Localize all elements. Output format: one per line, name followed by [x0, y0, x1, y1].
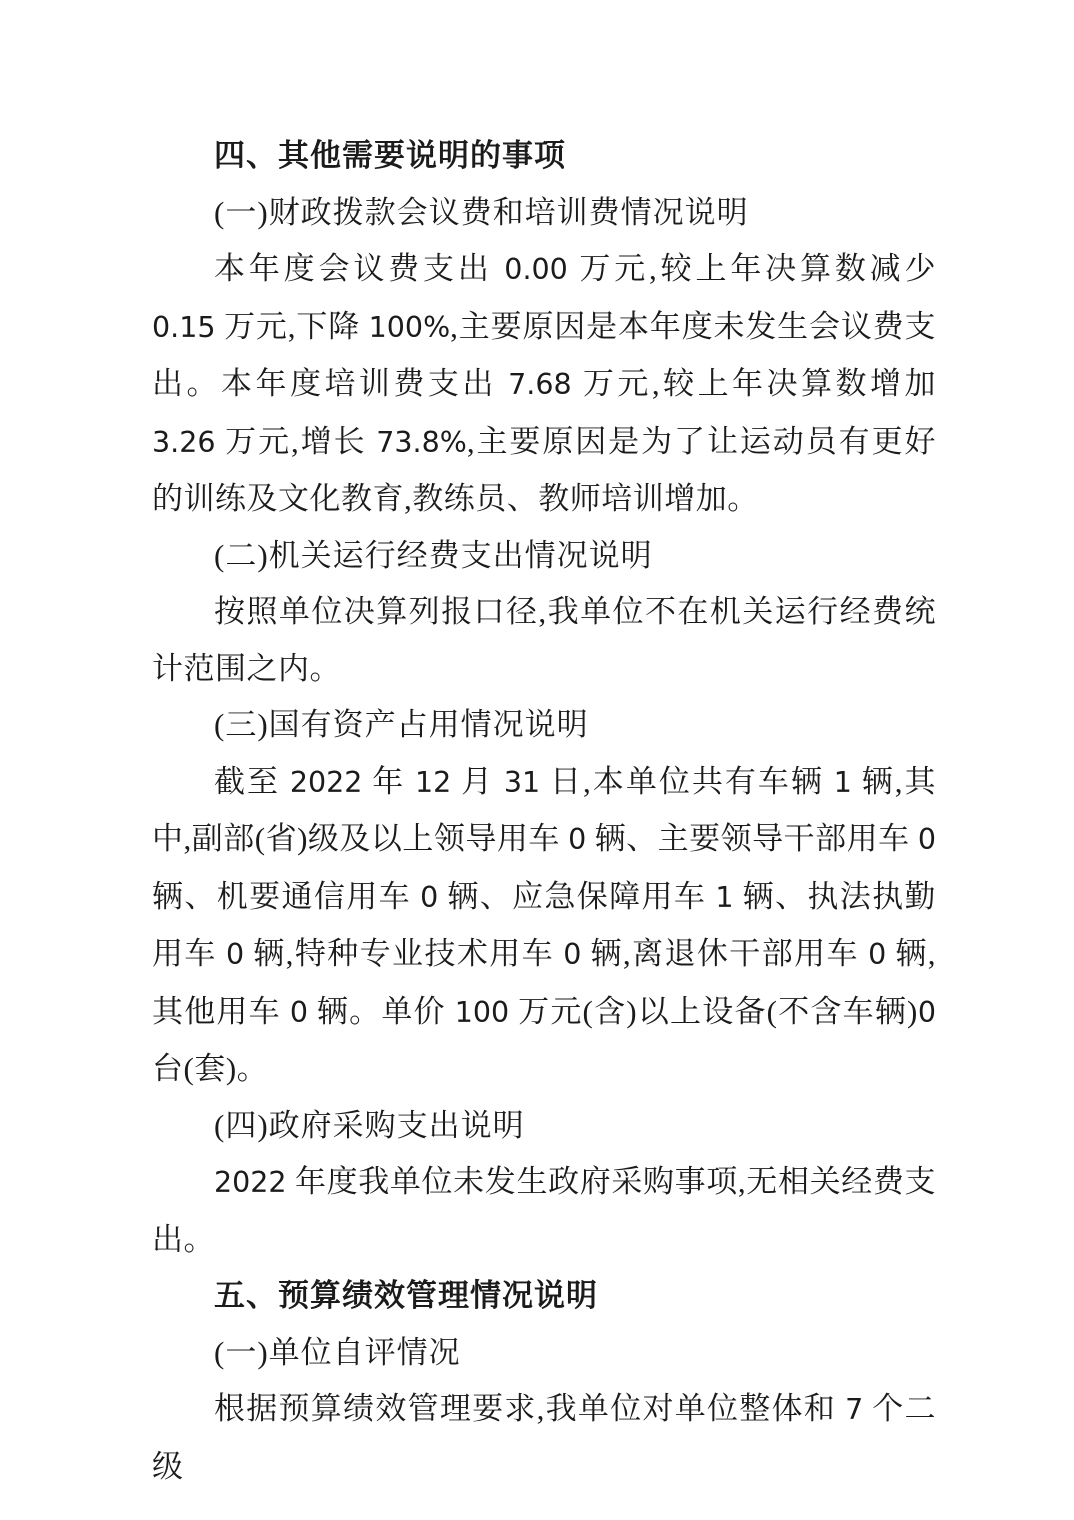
numeric-text: 73.8%	[376, 426, 467, 459]
paragraph-government-procurement: 2022 年度我单位未发生政府采购事项,无相关经费支出。	[152, 1154, 936, 1268]
document-page: 四、其他需要说明的事项 (一)财政拨款会议费和培训费情况说明 本年度会议费支出 …	[0, 0, 1074, 1520]
numeric-text: 0	[420, 881, 438, 914]
numeric-text: 0	[568, 823, 586, 856]
subheading-self-evaluation: (一)单位自评情况	[152, 1325, 936, 1382]
paragraph-state-assets: 截至 2022 年 12 月 31 日,本单位共有车辆 1 辆,其中,副部(省)…	[152, 754, 936, 1098]
heading-other-matters: 四、其他需要说明的事项	[152, 128, 936, 185]
numeric-text: 2022	[290, 766, 363, 799]
numeric-text: 2022	[214, 1166, 287, 1199]
numeric-text: 0.00	[504, 253, 568, 286]
numeric-text: 0	[918, 996, 936, 1029]
paragraph-self-evaluation: 根据预算绩效管理要求,我单位对单位整体和 7 个二级	[152, 1381, 936, 1495]
subheading-state-assets: (三)国有资产占用情况说明	[152, 697, 936, 754]
numeric-text: 0	[226, 938, 244, 971]
subheading-agency-operating-costs: (二)机关运行经费支出情况说明	[152, 528, 936, 585]
paragraph-meeting-training-fees: 本年度会议费支出 0.00 万元,较上年决算数减少 0.15 万元,下降 100…	[152, 241, 936, 528]
numeric-text: 31	[504, 766, 540, 799]
numeric-text: 0	[563, 938, 581, 971]
paragraph-agency-operating-costs: 按照单位决算列报口径,我单位不在机关运行经费统计范围之内。	[152, 584, 936, 697]
numeric-text: 3.26	[152, 426, 216, 459]
numeric-text: 1	[715, 881, 733, 914]
numeric-text: 7.68	[508, 368, 572, 401]
numeric-text: 100%	[369, 311, 451, 344]
numeric-text: 0	[918, 823, 936, 856]
numeric-text: 0.15	[152, 311, 216, 344]
numeric-text: 0	[290, 996, 308, 1029]
heading-budget-performance: 五、预算绩效管理情况说明	[152, 1268, 936, 1325]
subheading-meeting-training-fees: (一)财政拨款会议费和培训费情况说明	[152, 185, 936, 242]
numeric-text: 1	[834, 766, 852, 799]
subheading-government-procurement: (四)政府采购支出说明	[152, 1098, 936, 1155]
numeric-text: 12	[415, 766, 451, 799]
numeric-text: 100	[455, 996, 509, 1029]
numeric-text: 7	[845, 1393, 863, 1426]
numeric-text: 0	[868, 938, 886, 971]
